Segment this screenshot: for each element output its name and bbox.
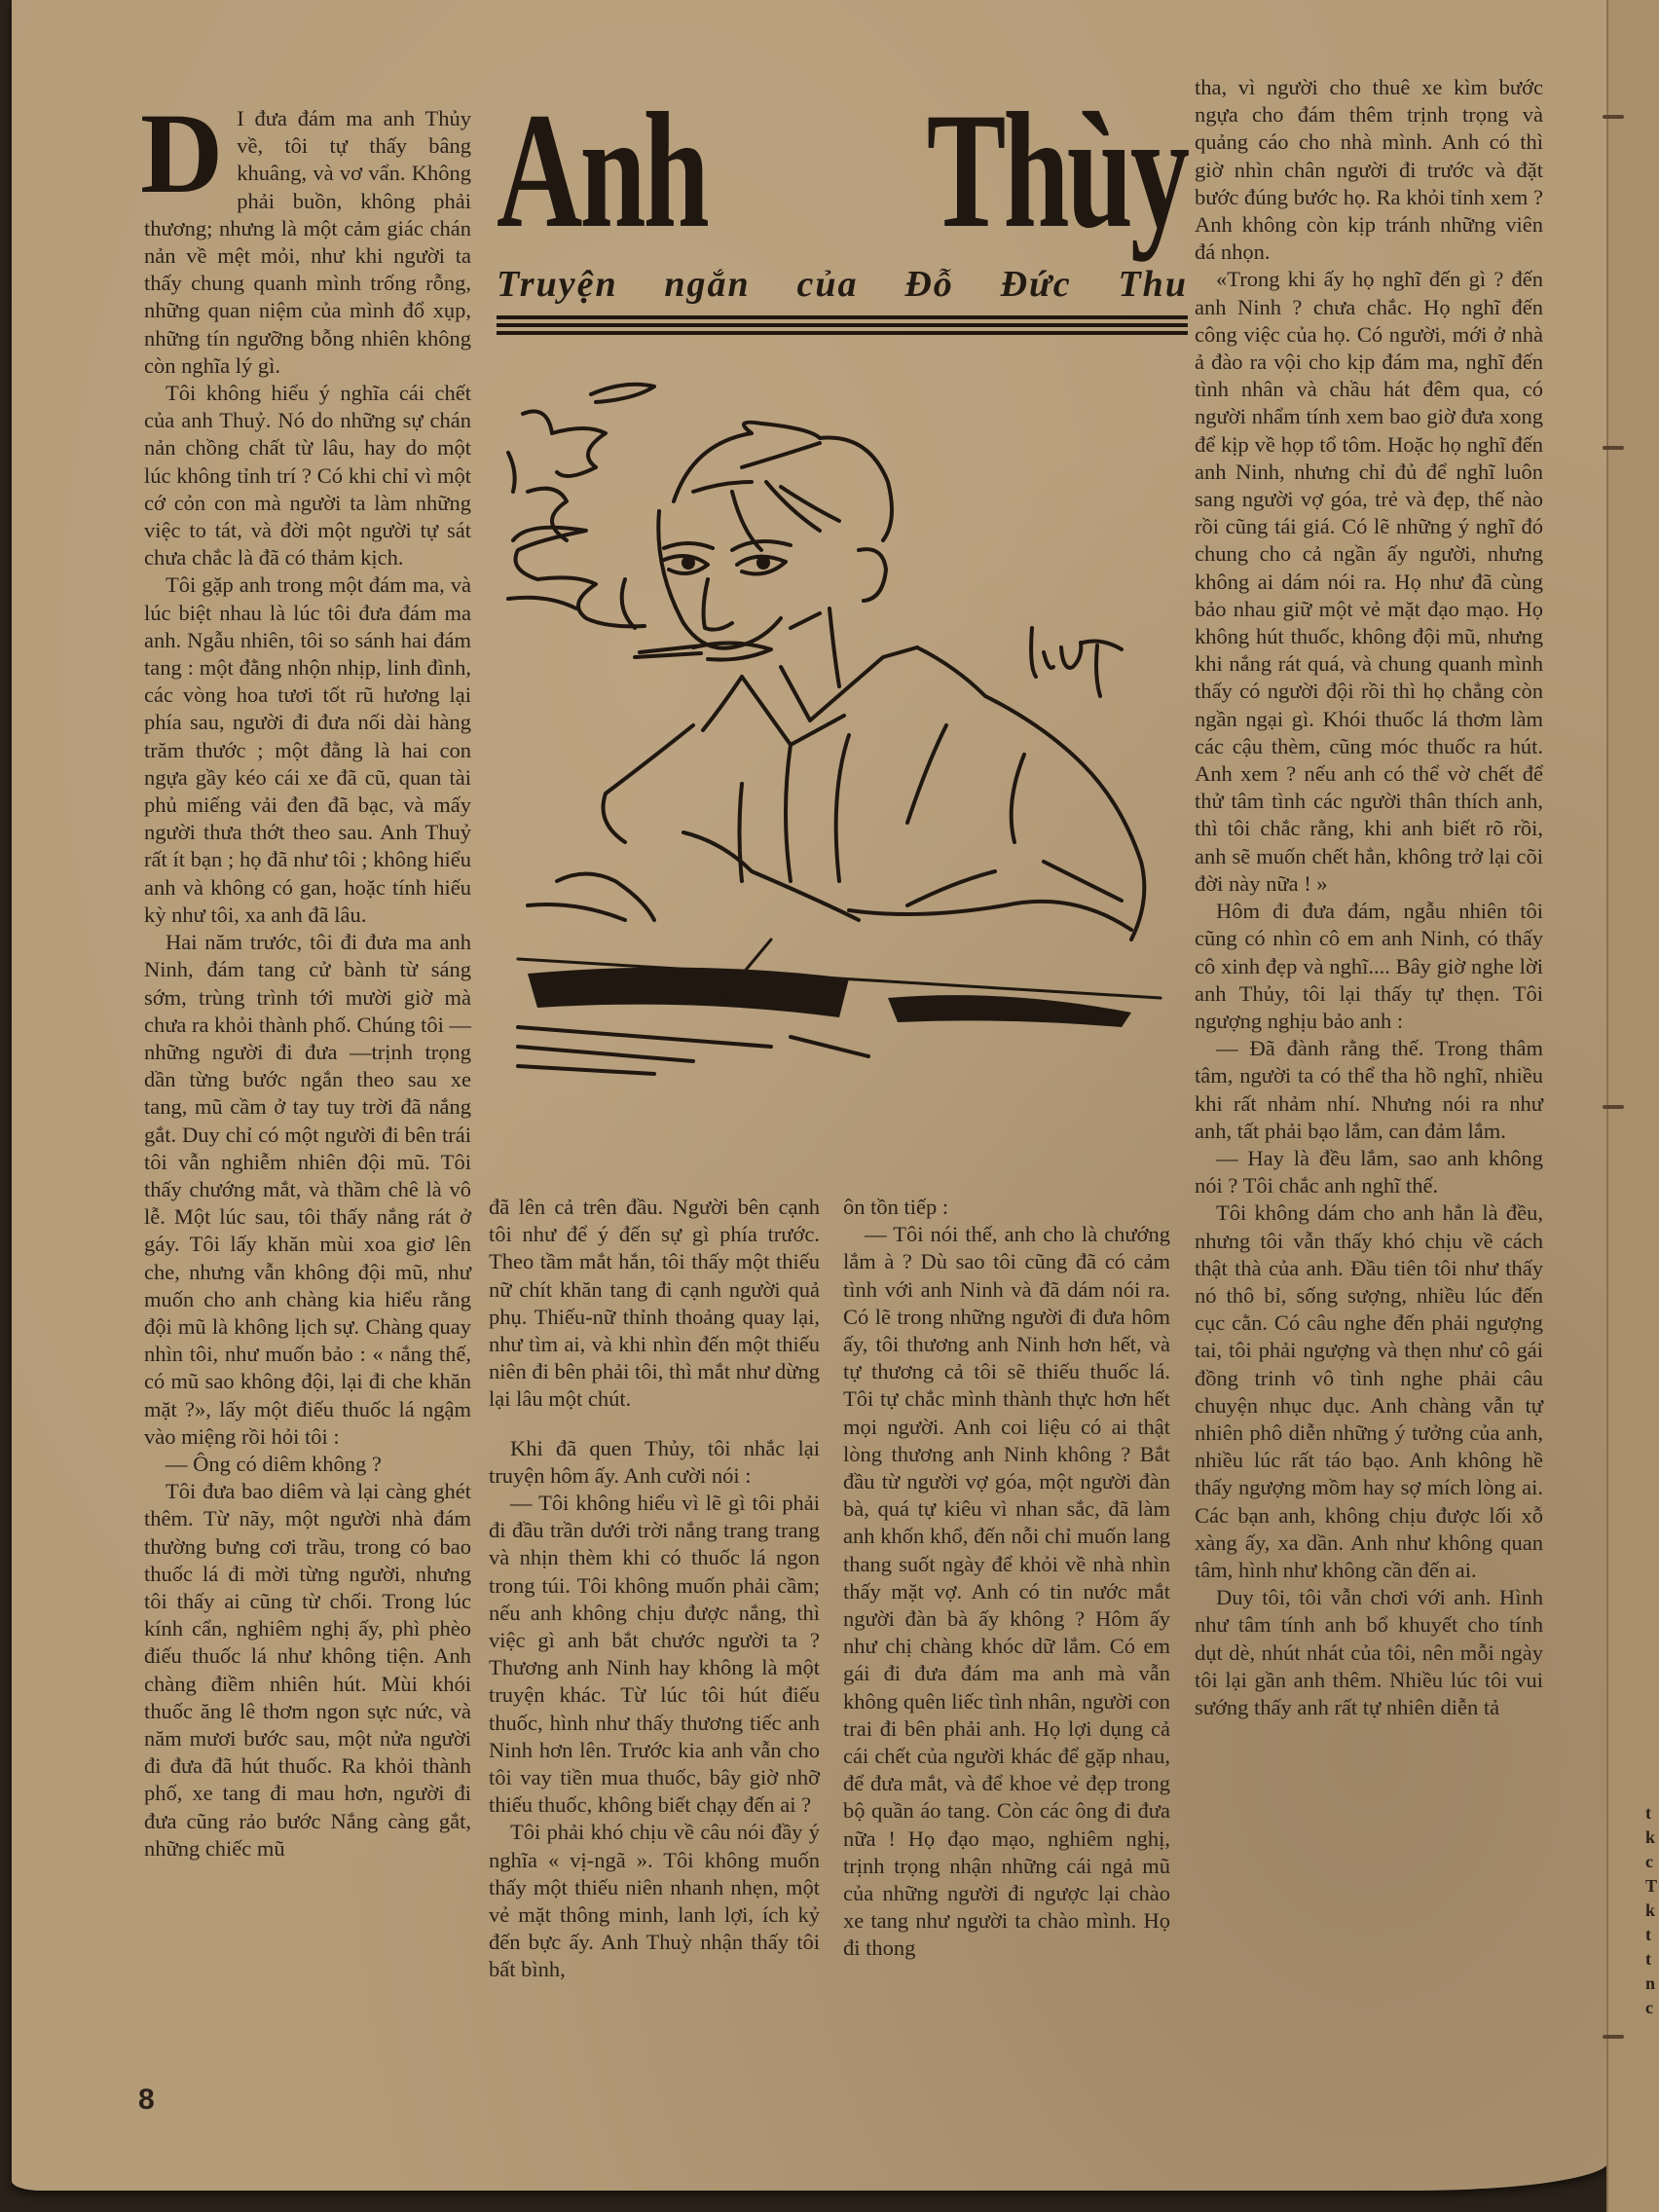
paragraph-6: Tôi đưa bao diêm và lại càng ghét thêm. … (144, 1478, 471, 1862)
paragraph-1: ôn tồn tiếp : (843, 1194, 1170, 1221)
paragraph-1: tha, vì người cho thuê xe kìm bước ngựa … (1195, 74, 1543, 266)
title-block: Anh Thùy Truyện ngắn của Đỗ Đức Thu (497, 97, 1188, 339)
paragraph-2: «Trong khi ấy họ nghĩ đến gì ? đến anh N… (1195, 266, 1543, 898)
paragraph-5: — Ông có diêm không ? (144, 1451, 471, 1478)
paragraph-4: Tôi phải khó chịu về câu nói đầy ý nghĩa… (489, 1819, 820, 1983)
paragraph-6: Tôi không dám cho anh hẳn là đều, nhưng … (1195, 1199, 1543, 1584)
binding-stitch (1603, 2035, 1624, 2039)
title-word-thuy: Thùy (927, 97, 1187, 243)
paragraph-2: Tôi không hiểu ý nghĩa cái chết của anh … (144, 380, 471, 571)
smoking-man-illustration (498, 375, 1180, 1154)
binding-stitch (1603, 115, 1624, 119)
binding-stitch (1603, 446, 1624, 450)
adjacent-page-text-fragments: t k c T k t t n c (1645, 1801, 1659, 2020)
paragraph-5: — Hay là đều lắm, sao anh không nói ? Tô… (1195, 1145, 1543, 1199)
paragraph-3: — Tôi không hiểu vì lẽ gì tôi phải đi đầ… (489, 1490, 820, 1819)
page-number: 8 (138, 2083, 155, 2117)
column-2: đã lên cả trên đầu. Người bên cạnh tôi n… (489, 1194, 820, 1984)
paragraph-3: Tôi gặp anh trong một đám ma, và lúc biệ… (144, 571, 471, 929)
paragraph-3: Hôm đi đưa đám, ngẫu nhiên tôi cũng có n… (1195, 898, 1543, 1035)
binding-stitch (1603, 1105, 1624, 1109)
paragraph-7: Duy tôi, tôi vẫn chơi với anh. Hình như … (1195, 1584, 1543, 1721)
title-word-anh: Anh (497, 97, 707, 243)
paragraph-4: — Đã đành rằng thế. Trong thâm tâm, ngườ… (1195, 1035, 1543, 1145)
magazine-page: DI đưa đám ma anh Thủy về, tôi tự thấy b… (12, 0, 1608, 2191)
paragraph-1: DI đưa đám ma anh Thủy về, tôi tự thấy b… (144, 105, 471, 380)
paragraph-2: Khi đã quen Thủy, tôi nhắc lại truyện hô… (489, 1435, 820, 1490)
paragraph-4: Hai năm trước, tôi đi đưa ma anh Ninh, đ… (144, 929, 471, 1451)
column-1: DI đưa đám ma anh Thủy về, tôi tự thấy b… (144, 105, 471, 1862)
paragraph-1: đã lên cả trên đầu. Người bên cạnh tôi n… (489, 1194, 820, 1414)
title-rule-divider (497, 315, 1188, 335)
paragraph-2: — Tôi nói thế, anh cho là chướng lắm à ?… (843, 1221, 1170, 1962)
column-3: ôn tồn tiếp : — Tôi nói thế, anh cho là … (843, 1194, 1170, 1963)
story-byline: Truyện ngắn của Đỗ Đức Thu (497, 263, 1188, 306)
story-title: Anh Thùy (497, 97, 1187, 243)
dropcap-letter: D (140, 109, 223, 203)
column-4: tha, vì người cho thuê xe kìm bước ngựa … (1195, 74, 1543, 1721)
